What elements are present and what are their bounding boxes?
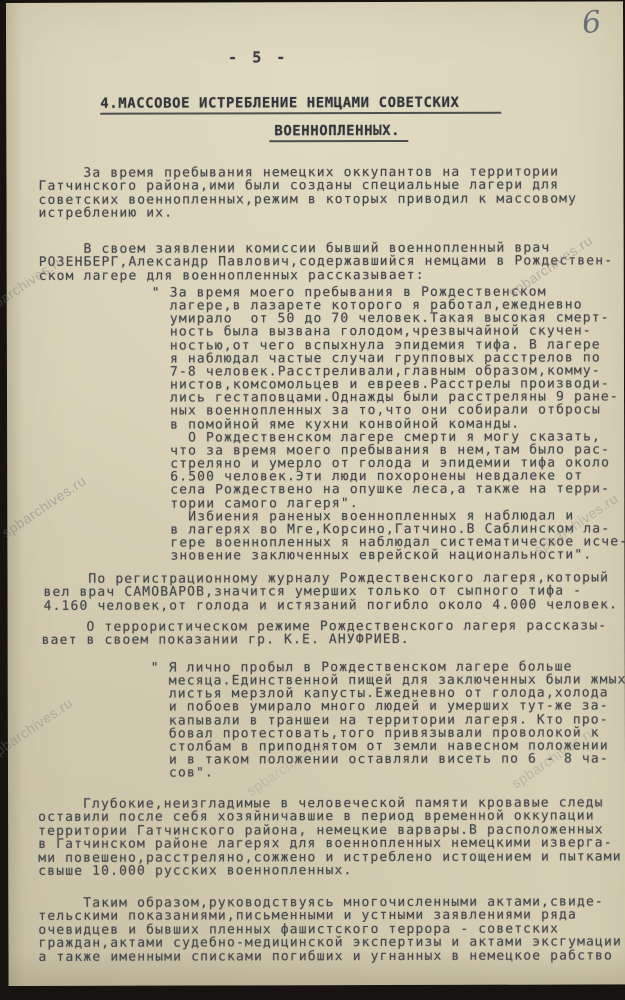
- blockquote-rozenberg-testimony: " За время моего пребывания в Рождествен…: [170, 285, 625, 562]
- handwritten-folio-number: 6: [580, 5, 603, 42]
- paragraph-registry-journal: По регистрационному журналу Рождественск…: [43, 571, 618, 613]
- section-heading-line-1: 4.МАССОВОЕ ИСТРЕБЛЕНИЕ НЕМЦАМИ СОВЕТСКИХ: [100, 95, 501, 115]
- archive-watermark: spbarchives.ru: [0, 694, 76, 762]
- paragraph-rozenberg-intro: В своем заявлении комиссии бывший военно…: [39, 241, 614, 283]
- section-heading-line-2: ВОЕННОПЛЕННЫХ.: [269, 123, 408, 142]
- paragraph-intro: За время пребывания немецких оккупантов …: [38, 166, 577, 221]
- archive-watermark: spbarchives.ru: [0, 472, 89, 540]
- document-page: - 5 - 6 4.МАССОВОЕ ИСТРЕБЛЕНИЕ НЕМЦАМИ С…: [6, 1, 625, 986]
- page-number: - 5 -: [228, 48, 288, 66]
- blockquote-anufriev-testimony: " Я лично пробыл в Рождественском лагере…: [169, 660, 625, 780]
- paragraph-anufriev-intro: О террористическом режиме Рождественског…: [42, 619, 608, 647]
- paragraph-conclusion-barbarity: Глубокие,неизгладимые в человеческой пам…: [38, 796, 622, 878]
- paragraph-conclusion-acts: Таким образом,руководствуясь многочислен…: [38, 895, 622, 964]
